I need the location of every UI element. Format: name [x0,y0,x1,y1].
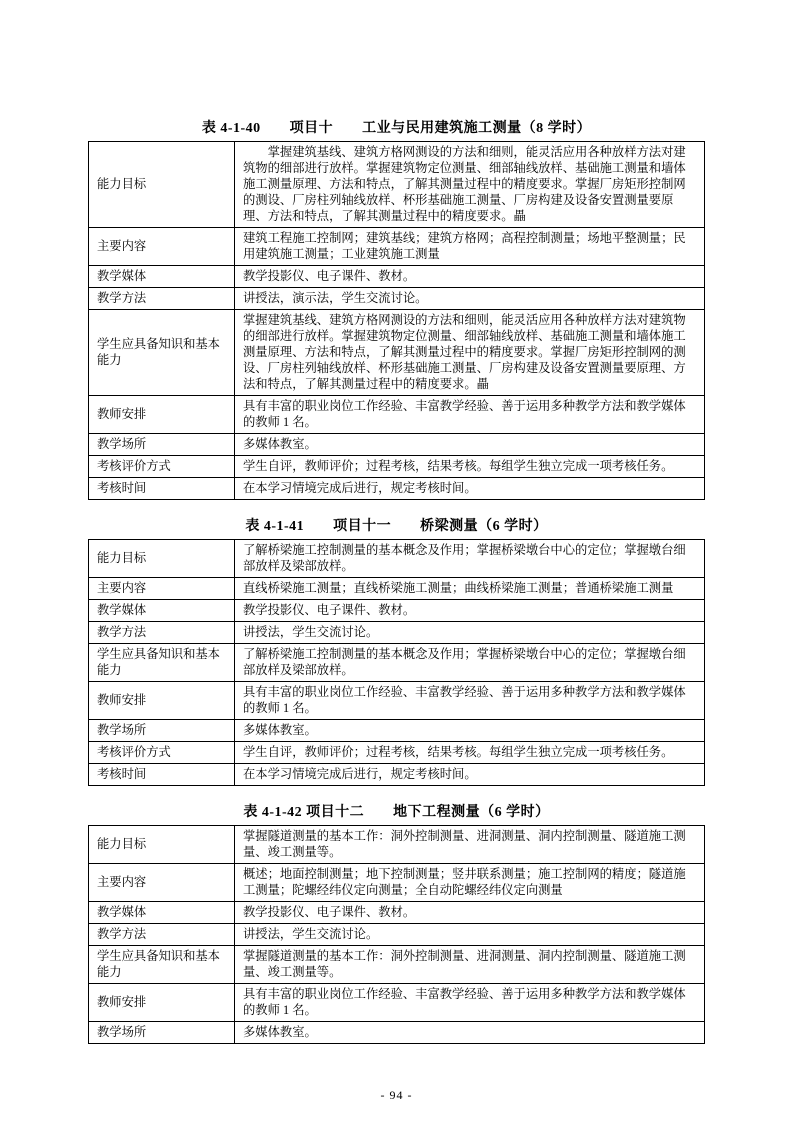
table-row: 学生应具备知识和基本能力了解桥梁施工控制测量的基本概念及作用；掌握桥梁墩台中心的… [89,644,705,682]
course-table: 能力目标了解桥梁施工控制测量的基本概念及作用；掌握桥梁墩台中心的定位；掌握墩台细… [88,539,705,786]
row-content: 直线桥梁施工测量；直线桥梁施工测量；曲线桥梁施工测量；普通桥梁施工测量 [235,578,705,600]
row-content: 讲授法，学生交流讨论。 [235,622,705,644]
row-content: 学生自评，教师评价；过程考核，结果考核。每组学生独立完成一项考核任务。 [235,742,705,764]
row-label: 教学媒体 [89,600,235,622]
row-label: 教学方法 [89,288,235,310]
table-row: 主要内容建筑工程施工控制网；建筑基线；建筑方格网；高程控制测量；场地平整测量；民… [89,228,705,266]
table-row: 学生应具备知识和基本能力掌握建筑基线、建筑方格网测设的方法和细则，能灵活应用各种… [89,310,705,396]
table-row: 学生应具备知识和基本能力掌握隧道测量的基本工作：洞外控制测量、进洞测量、洞内控制… [89,946,705,984]
row-label: 主要内容 [89,228,235,266]
row-content: 具有丰富的职业岗位工作经验、丰富教学经验、善于运用多种教学方法和教学媒体的教师 … [235,396,705,434]
table-row: 教学媒体教学投影仪、电子课件、教材。 [89,600,705,622]
table-row: 能力目标掌握建筑基线、建筑方格网测设的方法和细则，能灵活应用各种放样方法对建筑物… [89,142,705,228]
row-content: 概述；地面控制测量；地下控制测量；竖井联系测量；施工控制网的精度；隧道施工测量；… [235,864,705,902]
document-page: 表 4-1-40 项目十 工业与民用建筑施工测量（8 学时）能力目标掌握建筑基线… [0,0,793,1122]
row-content: 教学投影仪、电子课件、教材。 [235,902,705,924]
table-row: 能力目标掌握隧道测量的基本工作：洞外控制测量、进洞测量、洞内控制测量、隧道施工测… [89,826,705,864]
table-row: 教师安排具有丰富的职业岗位工作经验、丰富教学经验、善于运用多种教学方法和教学媒体… [89,984,705,1022]
row-label: 考核时间 [89,764,235,786]
row-label: 考核时间 [89,478,235,500]
row-label: 学生应具备知识和基本能力 [89,310,235,396]
row-label: 考核评价方式 [89,742,235,764]
row-content: 掌握建筑基线、建筑方格网测设的方法和细则，能灵活应用各种放样方法对建筑物的细部进… [235,142,705,228]
row-label: 教师安排 [89,682,235,720]
table-row: 教学方法讲授法，学生交流讨论。 [89,924,705,946]
table-row: 教师安排具有丰富的职业岗位工作经验、丰富教学经验、善于运用多种教学方法和教学媒体… [89,682,705,720]
table-caption: 表 4-1-40 项目十 工业与民用建筑施工测量（8 学时） [88,120,705,138]
table-caption: 表 4-1-41 项目十一 桥梁测量（6 学时） [88,518,705,536]
table-row: 教学媒体教学投影仪、电子课件、教材。 [89,902,705,924]
row-content: 在本学习情境完成后进行，规定考核时间。 [235,478,705,500]
row-label: 教师安排 [89,984,235,1022]
row-content: 多媒体教室。 [235,720,705,742]
page-number: - 94 - [88,1088,705,1103]
row-label: 主要内容 [89,864,235,902]
row-label: 能力目标 [89,540,235,578]
row-label: 考核评价方式 [89,456,235,478]
row-content: 在本学习情境完成后进行，规定考核时间。 [235,764,705,786]
table-row: 教学媒体教学投影仪、电子课件、教材。 [89,266,705,288]
row-label: 教学场所 [89,1022,235,1044]
table-row: 教学场所多媒体教室。 [89,1022,705,1044]
row-label: 教学场所 [89,434,235,456]
row-label: 教学方法 [89,622,235,644]
row-content: 多媒体教室。 [235,434,705,456]
table-row: 教学方法讲授法，演示法，学生交流讨论。 [89,288,705,310]
row-label: 学生应具备知识和基本能力 [89,644,235,682]
table-row: 考核评价方式学生自评，教师评价；过程考核，结果考核。每组学生独立完成一项考核任务… [89,742,705,764]
row-content: 掌握隧道测量的基本工作：洞外控制测量、进洞测量、洞内控制测量、隧道施工测量、竣工… [235,826,705,864]
row-content: 讲授法，学生交流讨论。 [235,924,705,946]
table-caption: 表 4-1-42 项目十二 地下工程测量（6 学时） [88,804,705,822]
row-content: 了解桥梁施工控制测量的基本概念及作用；掌握桥梁墩台中心的定位；掌握墩台细部放样及… [235,644,705,682]
row-label: 能力目标 [89,826,235,864]
row-label: 教师安排 [89,396,235,434]
row-content: 了解桥梁施工控制测量的基本概念及作用；掌握桥梁墩台中心的定位；掌握墩台细部放样及… [235,540,705,578]
table-row: 教学场所多媒体教室。 [89,434,705,456]
table-row: 主要内容直线桥梁施工测量；直线桥梁施工测量；曲线桥梁施工测量；普通桥梁施工测量 [89,578,705,600]
table-row: 教学场所多媒体教室。 [89,720,705,742]
row-label: 学生应具备知识和基本能力 [89,946,235,984]
course-table: 能力目标掌握隧道测量的基本工作：洞外控制测量、进洞测量、洞内控制测量、隧道施工测… [88,825,705,1044]
table-row: 考核时间在本学习情境完成后进行，规定考核时间。 [89,478,705,500]
row-content: 教学投影仪、电子课件、教材。 [235,266,705,288]
row-label: 教学场所 [89,720,235,742]
row-content: 讲授法，演示法，学生交流讨论。 [235,288,705,310]
row-content: 具有丰富的职业岗位工作经验、丰富教学经验、善于运用多种教学方法和教学媒体的教师 … [235,682,705,720]
row-content: 多媒体教室。 [235,1022,705,1044]
row-content: 掌握建筑基线、建筑方格网测设的方法和细则，能灵活应用各种放样方法对建筑物的细部进… [235,310,705,396]
course-table: 能力目标掌握建筑基线、建筑方格网测设的方法和细则，能灵活应用各种放样方法对建筑物… [88,141,705,500]
row-content: 学生自评，教师评价；过程考核，结果考核。每组学生独立完成一项考核任务。 [235,456,705,478]
row-content: 具有丰富的职业岗位工作经验、丰富教学经验、善于运用多种教学方法和教学媒体的教师 … [235,984,705,1022]
row-content: 掌握隧道测量的基本工作：洞外控制测量、进洞测量、洞内控制测量、隧道施工测量、竣工… [235,946,705,984]
table-row: 教师安排具有丰富的职业岗位工作经验、丰富教学经验、善于运用多种教学方法和教学媒体… [89,396,705,434]
tables-container: 表 4-1-40 项目十 工业与民用建筑施工测量（8 学时）能力目标掌握建筑基线… [88,120,705,1044]
row-label: 能力目标 [89,142,235,228]
row-label: 教学方法 [89,924,235,946]
table-row: 考核时间在本学习情境完成后进行，规定考核时间。 [89,764,705,786]
row-content: 建筑工程施工控制网；建筑基线；建筑方格网；高程控制测量；场地平整测量；民用建筑施… [235,228,705,266]
row-label: 教学媒体 [89,902,235,924]
table-row: 能力目标了解桥梁施工控制测量的基本概念及作用；掌握桥梁墩台中心的定位；掌握墩台细… [89,540,705,578]
table-row: 考核评价方式学生自评，教师评价；过程考核，结果考核。每组学生独立完成一项考核任务… [89,456,705,478]
row-content: 教学投影仪、电子课件、教材。 [235,600,705,622]
row-label: 教学媒体 [89,266,235,288]
table-row: 教学方法讲授法，学生交流讨论。 [89,622,705,644]
row-label: 主要内容 [89,578,235,600]
table-row: 主要内容概述；地面控制测量；地下控制测量；竖井联系测量；施工控制网的精度；隧道施… [89,864,705,902]
